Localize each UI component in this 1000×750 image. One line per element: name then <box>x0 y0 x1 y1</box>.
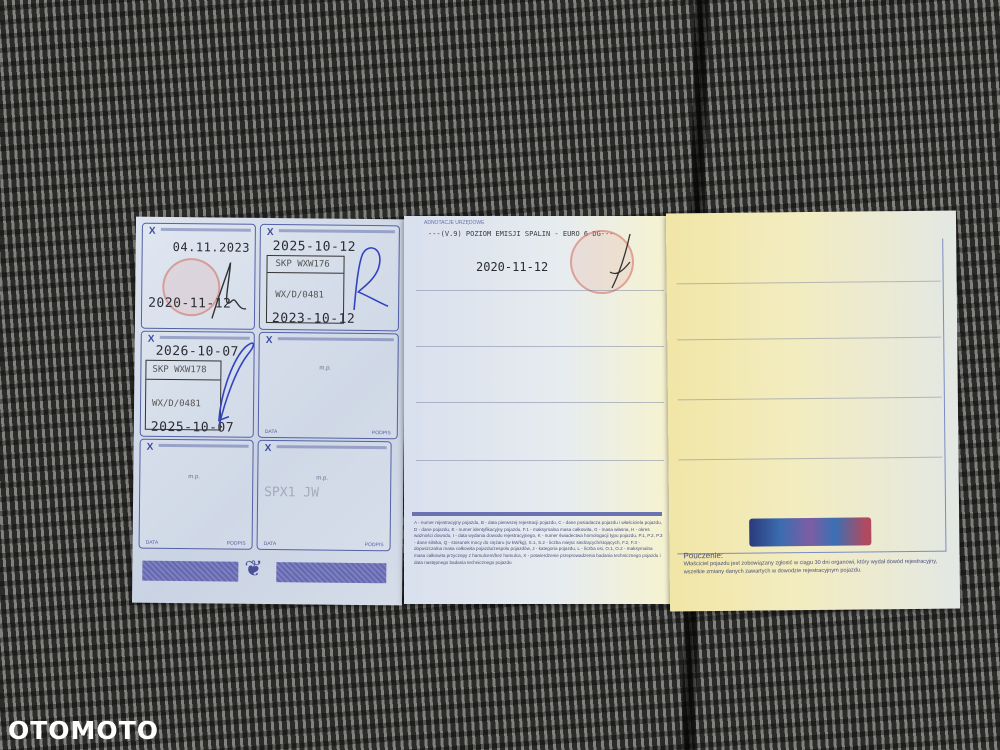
legend-divider <box>412 512 662 516</box>
box-header <box>279 229 395 233</box>
box-header <box>161 228 251 232</box>
inspection-page: X 04.11.2023 2020-11-12 X 2025-10-12 SKP… <box>132 217 406 606</box>
registration-document: X 04.11.2023 2020-11-12 X 2025-10-12 SKP… <box>134 212 958 612</box>
section-label: ADNOTACJE URZĘDOWE <box>424 220 484 226</box>
date-label: DATA <box>146 540 159 546</box>
emission-date: 2020-11-12 <box>476 260 548 274</box>
mp-label: m.p. <box>188 474 200 480</box>
otomoto-watermark: OTOMOTO <box>8 716 159 745</box>
box-header <box>160 336 250 340</box>
field-legend: A - numer rejestracyjny pojazdu, B - dat… <box>414 520 664 566</box>
signature-icon <box>208 260 249 320</box>
security-band-right <box>276 562 386 583</box>
signature-icon <box>600 232 640 292</box>
x-mark: X <box>265 443 272 454</box>
inspection-box-5: X m.p. DATA PODPIS <box>139 439 254 550</box>
polish-eagle-icon: ❦ <box>244 556 263 582</box>
notice-page: Pouczenie: Właściciel pojazdu jest zobow… <box>666 210 960 611</box>
validity-date: 2023-10-12 <box>272 311 355 327</box>
form-line <box>416 460 664 461</box>
inspection-box-1: X 04.11.2023 2020-11-12 <box>141 223 256 330</box>
stamp-date: 04.11.2023 <box>173 240 250 255</box>
stamp-date: 2025-10-12 <box>273 239 356 255</box>
station-id: WX/D/0481 <box>152 399 201 410</box>
box-header <box>159 444 249 448</box>
station-id: WX/D/0481 <box>275 290 324 301</box>
x-mark: X <box>267 227 274 238</box>
faded-imprint: SPX1 JW <box>264 485 319 501</box>
inspection-box-3: X 2026-10-07 SKP WXW178 WX/D/0481 2025-1… <box>140 331 255 438</box>
station-code: SKP WXW176 <box>275 259 329 270</box>
x-mark: X <box>149 226 156 237</box>
x-mark: X <box>266 335 273 346</box>
security-band-left <box>142 561 238 582</box>
date-label: DATA <box>265 429 278 435</box>
notice-title: Pouczenie: <box>683 551 723 560</box>
mp-label: m.p. <box>316 475 328 481</box>
signature-label: PODPIS <box>227 541 246 547</box>
inspection-box-2: X 2025-10-12 SKP WXW176 WX/D/0481 2023-1… <box>259 224 400 331</box>
station-code: SKP WXW178 <box>152 365 206 376</box>
notice-text: Właściciel pojazdu jest zobowiązany zgło… <box>684 559 946 577</box>
form-line <box>416 290 664 291</box>
security-hologram <box>749 517 871 546</box>
signature-icon <box>211 340 256 430</box>
inspection-box-4: X m.p. DATA PODPIS <box>258 332 399 439</box>
inspection-box-6: X m.p. SPX1 JW DATA PODPIS <box>257 440 392 551</box>
x-mark: X <box>147 442 154 453</box>
date-label: DATA <box>264 541 277 547</box>
signature-icon <box>348 244 393 314</box>
form-line <box>416 402 664 403</box>
box-header <box>278 337 394 341</box>
form-line <box>416 346 664 347</box>
signature-label: PODPIS <box>372 430 391 436</box>
annotations-page: ADNOTACJE URZĘDOWE ---(V.9) POZIOM EMISJ… <box>404 216 670 604</box>
signature-label: PODPIS <box>365 542 384 548</box>
box-header <box>277 445 387 449</box>
x-mark: X <box>148 334 155 345</box>
mp-label: m.p. <box>319 366 331 372</box>
